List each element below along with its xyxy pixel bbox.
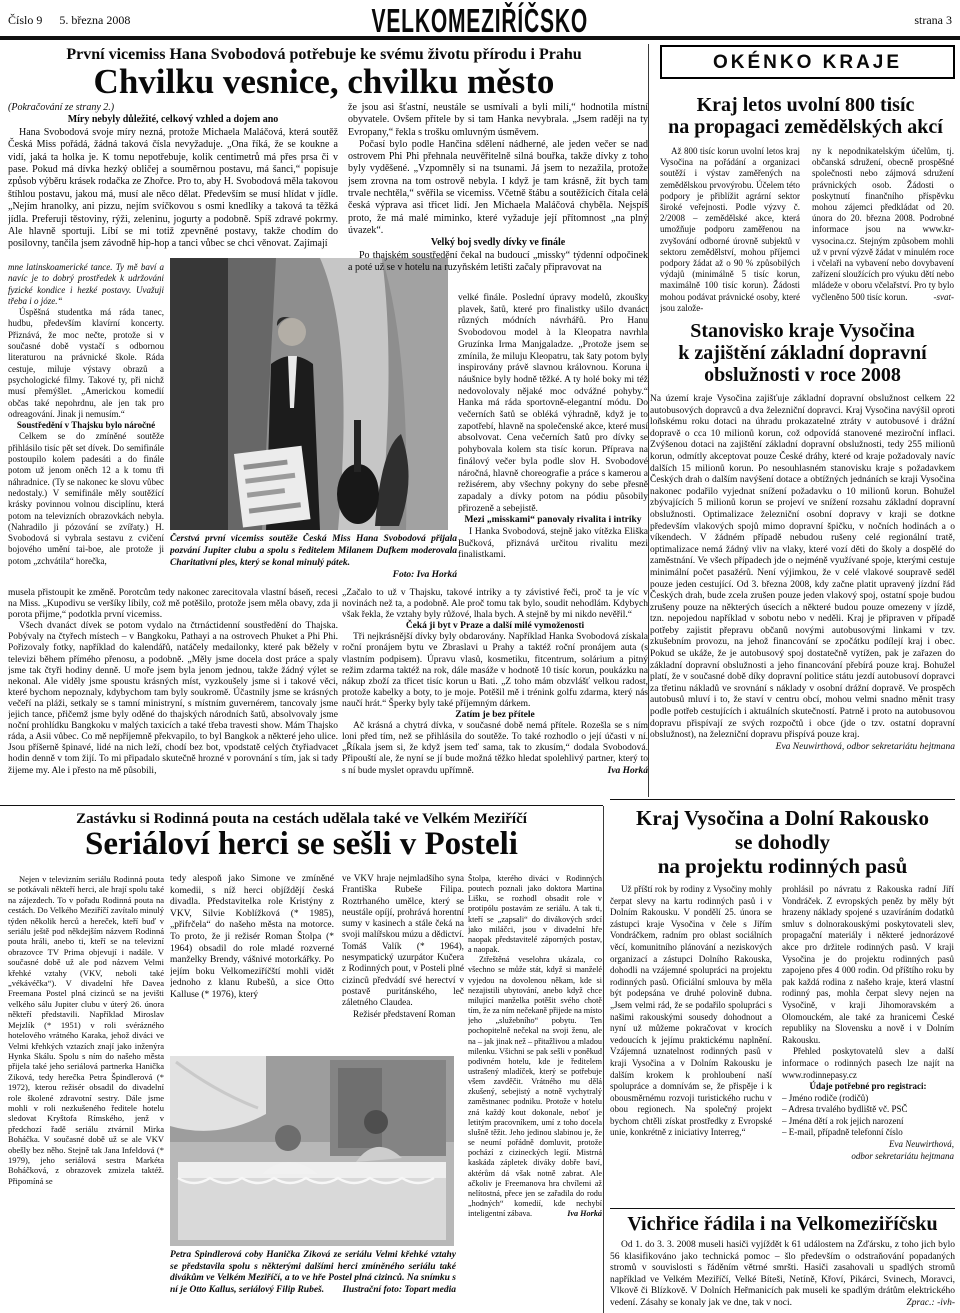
paragraph: Úspěšná studentka má ráda tanec, hudbu, … [8,307,164,420]
theatre-play-photo-art [170,1056,454,1246]
passes-article-title: Kraj Vysočina a Dolní Rakousko se dohodl… [610,806,955,878]
passes-title-line1: Kraj Vysočina a Dolní Rakousko [610,806,955,830]
paragraph: Po thajském soustředění čekal na budoucí… [348,250,648,275]
registration-item: – Jména dětí a rok jejich narození [782,1116,954,1128]
paragraph: Štolpa, kterého diváci v Rodinných poute… [468,874,602,955]
main-colB-narrow: velké finále. Poslední úpravy modelů, zk… [458,293,648,586]
transport-signature: Eva Neuwirthová, odbor sekretariátu hejt… [650,742,955,754]
subhead-rivalita: Mezi „misskami“ panovaly rivalita i intr… [458,515,648,527]
bottom-col2: tedy alespoň jako Simone ve zmíněné kome… [170,874,334,1052]
main-colA-top: (Pokračování ze strany 2.) Míry nebyly d… [8,102,338,260]
charity-ball-photo-art [170,258,448,530]
paragraph: Hana Svobodová svoje míry nezná, protože… [8,127,338,251]
subhead-finale: Velký boj svedly dívky ve finále [348,237,648,249]
passes-col2: prohlásil po návratu z Rakouska radní Ji… [782,884,954,1202]
sidebar-rule-1 [610,799,955,800]
paragraph: Přehled poskytovatelů slev a další infor… [782,1046,954,1081]
storm-article-title: Vichřice řádila i na Velkomeziříčsku [610,1214,955,1234]
transport-article-title: Stanovisko kraje Vysočina k zajištění zá… [650,320,955,386]
registration-item: – Adresa trvalého bydliště vč. PSČ [782,1104,954,1116]
main-article-headline: Chvilku vesnice, chvilku město [0,64,648,100]
passes-title-line2: se dohodly [610,830,955,854]
main-colA-narrow: mne latinskoamerické tance. Ty mě baví a… [8,262,164,588]
vertical-divider-top [648,44,649,797]
vertical-divider-bottom [603,806,604,1313]
theatre-photo-caption: Petra Špindlerová coby Hanička Ziková ze… [170,1250,456,1310]
paragraph: Režisér představení Roman [342,1010,464,1021]
paragraph: Ztřeštěná veselohra ukázala, co všechno … [468,955,602,1219]
transport-title-line1: Stanovisko kraje Vysočina [650,320,955,342]
masthead-page-number: strana 3 [914,13,952,28]
agri-title-line2: na propagaci zemědělských akcí [656,116,955,138]
paragraph: Nejen v televizním seriálu Rodinná pouta… [8,874,164,1186]
passes-signature-name: Eva Neuwirthová, [782,1139,954,1151]
subhead-miry: Míry nebyly důležité, celkový vzhled a d… [8,114,338,126]
transport-article-body: Na území kraje Vysočina zajišťuje základ… [650,394,955,778]
agri-article-title: Kraj letos uvolní 800 tisíc na propagaci… [656,94,955,138]
paragraph: musela přistoupit ke změně. Porotcům ted… [8,588,338,621]
bottom-article-headline: Seriáloví herci se sešli v Posteli [0,828,603,862]
subhead-pritel: Zatím je bez přítele [342,710,648,721]
subhead-byt: Čeká ji byt v Praze a další milé vymožen… [342,621,648,632]
paragraph: Počasí bylo podle Hančina sdělení nádher… [348,139,648,237]
sidebar-rule-2 [610,1208,955,1209]
paragraph: že jsou asi šťastní, neustále se usmíval… [348,102,648,139]
theatre-play-photo [170,1056,454,1246]
transport-title-line3: obslužnosti v roce 2008 [650,364,955,386]
main-colB-top: že jsou asi šťastní, neustále se usmíval… [348,102,648,292]
charity-photo-caption: Čerstvá první vicemiss soutěže Česká Mis… [170,533,457,585]
paragraph: „Začalo to už v Thajsku, takové intriky … [342,588,648,621]
transport-title-line2: k zajištění základní dopravní [650,342,955,364]
masthead-logo-wrap: VELKOMEZIŘÍČSKO [0,2,960,33]
storm-article-body: Od 1. do 3. 3. 2008 museli hasiči vyjížd… [610,1240,955,1312]
passes-title-line3: na projektu rodinných pasů [610,854,955,878]
paragraph: Na území kraje Vysočina zajišťuje základ… [650,394,955,742]
newspaper-logo: VELKOMEZIŘÍČSKO [372,2,588,41]
paragraph: Celkem se do zmíněné soutěže přihlásilo … [8,431,164,567]
passes-signature-dept: odbor sekretariátu hejtmana [782,1151,954,1163]
paragraph: prohlásil po návratu z Rakouska radní Ji… [782,884,954,1046]
section-divider [0,805,603,806]
paragraph: tedy alespoň jako Simone ve zmíněné kome… [170,874,334,1002]
paragraph: velké finále. Poslední úpravy modelů, zk… [458,293,648,515]
paragraph: Všech dvanáct dívek se potom vydalo na č… [8,621,338,776]
photo-credit: Foto: Iva Horká [170,569,457,581]
agri-col2: ny k nepodnikatelským účelům, tj. občans… [812,146,954,316]
main-colB-bottom: „Začalo to už v Thajsku, takové intriky … [342,588,648,797]
main-colA-bottom: musela přistoupit ke změně. Porotcům ted… [8,588,338,796]
bottom-col4: Štolpa, kterého diváci v Rodinných poute… [468,874,602,1254]
paragraph: mne latinskoamerické tance. Ty mě baví a… [8,262,164,307]
paragraph: Už příští rok by rodiny z Vysočiny mohly… [610,884,772,1139]
paragraph: ny k nepodnikatelským účelům, tj. občans… [812,146,954,303]
continued-from-note: (Pokračování ze strany 2.) [8,102,338,114]
registration-item: – Jméno rodiče (rodičů) [782,1093,954,1105]
newspaper-page: Číslo 9 5. března 2008 VELKOMEZIŘÍČSKO s… [0,0,960,1313]
registration-item: – E-mail, případně telefonní číslo [782,1127,954,1139]
paragraph: Tři nejkrásnější dívky byly obdarovány. … [342,632,648,710]
okenko-kraje-box-title: OKÉNKO KRAJE [660,45,955,79]
agri-title-line1: Kraj letos uvolní 800 tisíc [656,94,955,116]
masthead-rule [0,36,960,40]
subhead-thajsko: Soustředění v Thajsku bylo náročné [8,420,164,431]
paragraph: I Hanka Svobodová, stejně jako vítězka E… [458,527,648,562]
bottom-col1: Nejen v televizním seriálu Rodinná pouta… [8,874,164,1310]
agri-col1: Až 800 tisíc korun uvolní letos kraj Vys… [660,146,800,316]
charity-ball-photo [170,258,448,530]
caption-text: Čerstvá první vicemiss soutěže Česká Mis… [170,534,457,568]
bottom-col3: ve VKV hraje nejmladšího syna Františka … [342,874,464,1052]
paragraph: Až 800 tisíc korun uvolní letos kraj Vys… [660,146,800,314]
paragraph: ve VKV hraje nejmladšího syna Františka … [342,874,464,1010]
passes-col1: Už příští rok by rodiny z Vysočiny mohly… [610,884,772,1202]
registration-data-title: Údaje potřebné pro registraci: [782,1081,954,1093]
